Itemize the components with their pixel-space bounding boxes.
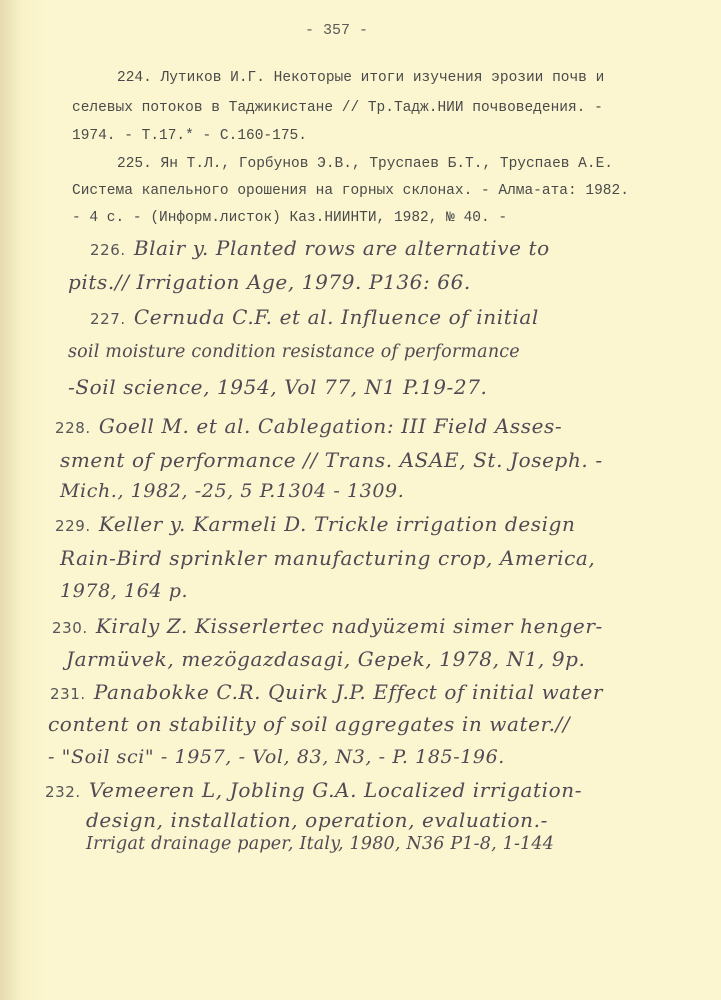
reference-line: Jarmüvek, mezögazdasagi, Gepek, 1978, N1… [66, 647, 586, 671]
reference-line: -Soil science, 1954, Vol 77, N1 P.19-27. [68, 375, 488, 399]
reference-number: 228. [55, 419, 91, 437]
reference-number: 231. [50, 685, 86, 703]
reference-number: 226. [90, 241, 126, 259]
reference-line: Irrigat drainage paper, Italy, 1980, N36… [86, 834, 554, 854]
reference-line: Kiraly Z. Kisserlertec nadyüzemi simer h… [96, 614, 603, 638]
reference-line: 1978, 164 p. [60, 580, 188, 602]
reference-line: Mich., 1982, -25, 5 P.1304 - 1309. [60, 480, 404, 502]
reference-line: design, installation, operation, evaluat… [86, 808, 548, 832]
reference-line: - 4 с. - (Информ.листок) Каз.НИИНТИ, 198… [72, 210, 507, 226]
scanned-page: - 357 - 224. Лутиков И.Г. Некоторые итог… [0, 0, 721, 1000]
reference-line: - "Soil sci" - 1957, - Vol, 83, N3, - P.… [48, 746, 505, 768]
reference-line: 1974. - Т.17.* - С.160-175. [72, 128, 307, 144]
reference-line: pits.// Irrigation Age, 1979. P136: 66. [68, 270, 471, 294]
reference-line: Goell M. et al. Cablegation: III Field A… [99, 414, 562, 438]
reference-line: Keller y. Karmeli D. Trickle irrigation … [99, 512, 576, 536]
page-number: - 357 - [305, 22, 368, 39]
reference-line: 225. Ян Т.Л., Горбунов Э.В., Труспаев Б.… [117, 156, 613, 172]
reference-line: Система капельного орошения на горных ск… [72, 183, 629, 199]
reference-line: content on stability of soil aggregates … [48, 712, 570, 736]
reference-line: Panabokke C.R. Quirk J.P. Effect of init… [94, 680, 603, 704]
reference-line: sment of performance // Trans. ASAE, St.… [60, 448, 603, 472]
reference-line: Vemeeren L, Jobling G.A. Localized irrig… [89, 778, 582, 802]
reference-line: Rain-Bird sprinkler manufacturing crop, … [60, 546, 595, 570]
reference-number: 230. [52, 619, 88, 637]
reference-number: 229. [55, 517, 91, 535]
reference-line: селевых потоков в Таджикистане // Тр.Тад… [72, 100, 603, 116]
reference-line: Blair y. Planted rows are alternative to [134, 236, 550, 260]
reference-number: 232. [45, 783, 81, 801]
reference-line: Cernuda C.F. et al. Influence of initial [134, 305, 539, 329]
reference-number: 227. [90, 310, 126, 328]
reference-line: 224. Лутиков И.Г. Некоторые итоги изучен… [117, 70, 604, 86]
reference-line: soil moisture condition resistance of pe… [68, 342, 520, 362]
